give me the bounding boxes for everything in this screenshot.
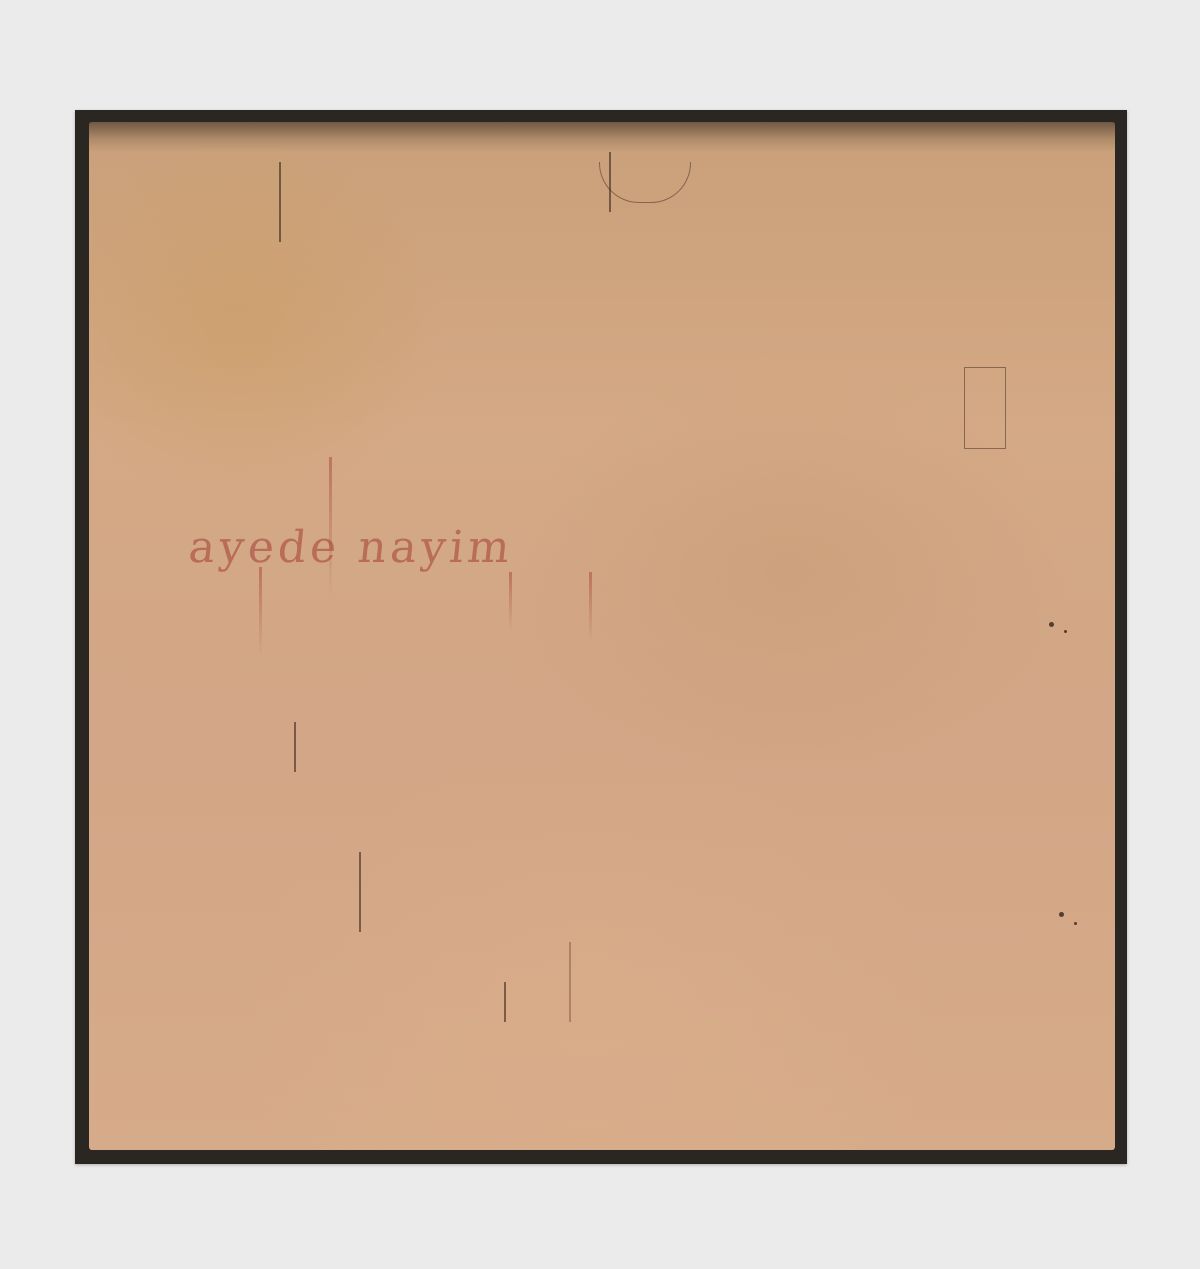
top-dark-smudge: [89, 122, 1115, 152]
ink-drip: [359, 852, 361, 932]
ink-drip: [569, 942, 571, 1022]
ink-drip: [294, 722, 296, 772]
painting-canvas: ayede nayim: [89, 122, 1115, 1150]
red-drip: [589, 572, 592, 642]
ink-drip: [504, 982, 506, 1022]
painting-frame: ayede nayim: [75, 110, 1127, 1164]
ink-dot: [1064, 630, 1067, 633]
red-drip: [259, 567, 262, 657]
bowl-mark: [599, 162, 691, 203]
column-mark: [964, 367, 1006, 449]
red-scrawl-text: ayede nayim: [186, 522, 516, 573]
ink-dot: [1049, 622, 1054, 627]
ink-drip: [279, 162, 281, 242]
ink-dot: [1074, 922, 1077, 925]
red-drip: [509, 572, 512, 632]
ink-dot: [1059, 912, 1064, 917]
red-drip: [329, 457, 332, 597]
